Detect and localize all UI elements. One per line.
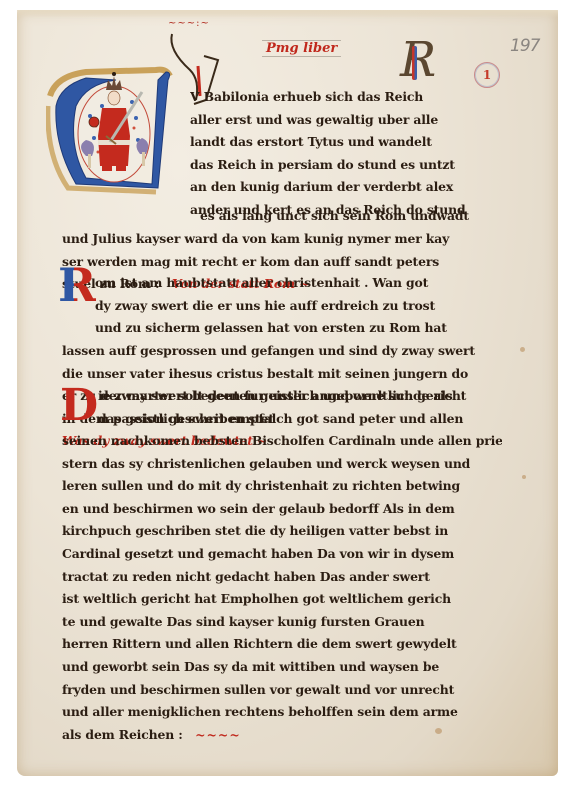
section-1-text: V Babilonia erhueb sich das Reich aller … <box>190 86 490 222</box>
top-flourish: ~~~:~ <box>168 18 210 29</box>
text-line: und aller menigklichen rechtens beholffe… <box>62 701 502 724</box>
text-line: tractat zu reden nicht gedacht haben Das… <box>62 566 502 589</box>
text-line: te und gewalte Das sind kayser kunig fur… <box>62 611 502 634</box>
text-line: aller erst und was gewaltig uber alle <box>190 109 490 132</box>
text-line: stern das sy christenlichen gelauben und… <box>62 453 502 476</box>
text-line: en und beschirmen wo sein der gelaub bed… <box>62 498 502 521</box>
folio-number: 197 <box>510 36 539 56</box>
stain <box>520 347 525 352</box>
text-line: und geworbt sein Das sy da mit wittiben … <box>62 656 502 679</box>
text-segment: als dem Reichen : <box>62 727 183 742</box>
text-line: ser werden mag mit recht er kom dan auff… <box>62 251 502 274</box>
cadel-stroke <box>412 46 417 80</box>
text-line: die unser vater ihesus cristus bestalt m… <box>62 363 502 386</box>
text-line: fryden und beschirmen sullen vor gewalt … <box>62 679 502 702</box>
text-line: landt das erstort Tytus und wandelt <box>190 131 490 154</box>
running-title: Pmg liber <box>262 40 341 57</box>
section-1-text-continued: es als lang unct sich sein Rom undwadt <box>200 205 500 228</box>
cadel-letter-r: R <box>400 36 436 84</box>
text-line: seinen nachkomen bebsten Bischolfen Card… <box>62 430 502 453</box>
text-line: ist weltlich gericht hat Empholhen got w… <box>62 588 502 611</box>
text-line: dy zway swert die er uns hie auff erdrei… <box>95 295 495 318</box>
text-line: ie zway swert bedeuten geistlich und wer… <box>98 385 498 408</box>
library-stamp: 1 <box>474 62 500 88</box>
text-line: V Babilonia erhueb sich das Reich <box>190 86 490 109</box>
cadel-letter: R <box>400 32 436 88</box>
text-line: om ist am haubtstatt aller christenhait … <box>95 272 495 295</box>
text-line: und zu sicherm gelassen hat von ersten z… <box>95 317 495 340</box>
text-line: das geistlich swert empfalch got sand pe… <box>98 408 498 431</box>
text-line: Cardinal gesetzt und gemacht haben Da vo… <box>62 543 502 566</box>
text-line: und Julius kayser ward da von kam kunig … <box>62 228 502 251</box>
initial-d: D <box>60 384 98 428</box>
section-3-text-full: seinen nachkomen bebsten Bischolfen Card… <box>62 430 502 746</box>
section-2-text: om ist am haubtstatt aller christenhait … <box>95 272 495 340</box>
text-line: leren sullen und do mit dy christenhait … <box>62 475 502 498</box>
initial-r: R <box>58 262 96 308</box>
stain <box>522 475 526 479</box>
section-3-text: ie zway swert bedeuten geistlich und wer… <box>98 385 498 430</box>
text-line: das Reich in persiam do stund es untzt <box>190 154 490 177</box>
text-line: es als lang unct sich sein Rom undwadt <box>200 205 500 228</box>
text-line: als dem Reichen : ~~~~ <box>62 724 502 747</box>
text-line: an den kunig darium der verderbt alex <box>190 176 490 199</box>
text-line: lassen auff gesprossen und gefangen und … <box>62 340 502 363</box>
text-line: kirchpuch geschriben stet die dy heilige… <box>62 520 502 543</box>
end-flourish: ~~~~ <box>195 727 241 742</box>
text-line: herren Rittern und allen Richtern die de… <box>62 633 502 656</box>
